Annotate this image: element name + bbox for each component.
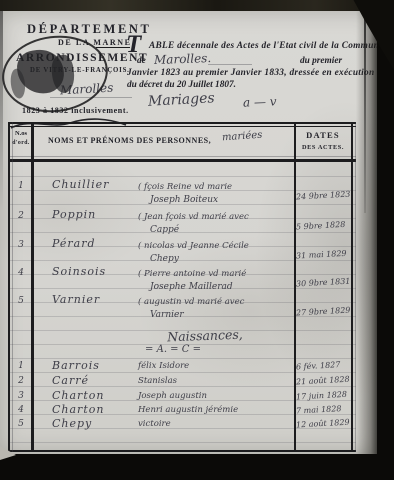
row-forename-2: Chepy <box>150 254 179 264</box>
col-divider-num <box>31 122 34 452</box>
row-surname: Charton <box>52 389 104 402</box>
title-line2-prefix: de <box>137 56 146 66</box>
row-number: 2 <box>11 211 31 221</box>
row-number: 1 <box>11 361 31 371</box>
row-surname: Pérard <box>52 237 96 250</box>
col-header-names: NOMS ET PRÉNOMS DES PERSONNES, <box>48 136 211 145</box>
row-surname: Chuillier <box>52 178 109 191</box>
scan-edge-right <box>377 0 394 480</box>
row-forename-2: Joseph Boiteux <box>150 195 218 205</box>
title-dotted-rule <box>208 64 252 65</box>
header-sep-heavy <box>8 159 356 162</box>
row-surname: Soinsois <box>52 265 106 278</box>
col-header-num-2: d'ord. <box>9 140 33 146</box>
row-forename-2: Varnier <box>150 310 184 320</box>
row-surname: Charton <box>52 403 104 416</box>
page-curl-shadow <box>356 11 377 454</box>
header-sep-thin <box>8 156 356 157</box>
alpha-range-handwritten: a — v <box>243 94 277 109</box>
header-rule-1 <box>96 47 130 48</box>
row-surname: Varnier <box>52 293 100 306</box>
title-dropcap: T <box>126 31 141 59</box>
row-forename-1: ( augustin vd marié avec <box>138 297 244 307</box>
scanned-register-page: DÉPARTEMENT DE LA MARNE. ARRONDISSEMENT … <box>0 0 394 480</box>
row-forename: Stanislas <box>138 376 177 386</box>
row-forename-1: ( Pierre antoine vd marié <box>138 269 246 279</box>
table-border-top <box>8 122 356 124</box>
row-forename: victoire <box>138 419 171 429</box>
title-line2-suffix: du premier <box>300 56 342 66</box>
table-border-right-inner <box>351 122 353 452</box>
row-forename-2: Cappé <box>150 225 179 235</box>
title-line1: ABLE décennale des Actes de l'Etat civil… <box>149 41 384 51</box>
row-surname: Chepy <box>52 417 92 430</box>
col-header-num-1: N.os <box>11 130 31 137</box>
row-number: 2 <box>11 376 31 386</box>
title-line4: du décret du 20 Juillet 1807. <box>127 80 236 90</box>
scan-edge-left-shade <box>0 11 3 211</box>
scan-edge-top <box>0 0 394 11</box>
row-surname: Poppin <box>52 208 96 221</box>
row-number: 5 <box>11 419 31 429</box>
row-forename-1: ( Jean fçois vd marié avec <box>138 212 249 222</box>
row-number: 3 <box>11 391 31 401</box>
table-border-top-inner <box>8 126 356 127</box>
table-border-bottom <box>8 450 356 452</box>
row-number: 4 <box>11 268 31 278</box>
col-header-dates-1: DATES <box>295 130 351 140</box>
page-fold-line <box>364 13 366 213</box>
row-forename-1: ( fçois Reine vd marie <box>138 182 232 192</box>
table-border-left-inner <box>12 122 13 452</box>
row-forename: Henri augustin jérémie <box>138 405 238 415</box>
row-forename: félix Isidore <box>138 361 189 371</box>
scan-edge-bottom <box>0 454 394 480</box>
row-forename-2: Josephe Maillerad <box>150 282 233 292</box>
row-number: 4 <box>11 405 31 415</box>
row-number: 3 <box>11 240 31 250</box>
title-line3: Janvier 1823 au premier Janvier 1833, dr… <box>127 68 374 78</box>
row-forename: Joseph augustin <box>138 391 207 401</box>
row-surname: Carré <box>52 374 89 387</box>
row-number: 1 <box>11 181 31 191</box>
col-header-dates-2: DES ACTES. <box>295 144 351 151</box>
row-number: 5 <box>11 296 31 306</box>
row-forename-1: ( nicolas vd Jeanne Cécile <box>138 241 249 251</box>
section-range-handwritten: = A. = C = <box>118 344 228 355</box>
table-border-left <box>8 122 10 452</box>
row-surname: Barrois <box>52 359 100 372</box>
title-commune-handwritten: Marolles. <box>154 51 212 67</box>
